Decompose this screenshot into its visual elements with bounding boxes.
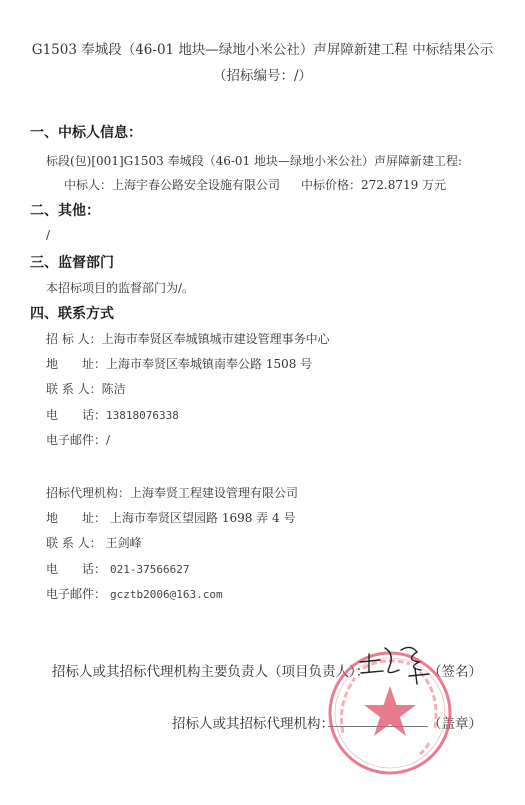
tenderer-email-value: / bbox=[106, 433, 110, 447]
agency-phone-row: 电 话：021-37566627 bbox=[46, 560, 190, 577]
section-heading-supervision: 三、监督部门 bbox=[30, 252, 114, 272]
agency-phone-value: 021-37566627 bbox=[110, 563, 189, 576]
other-content: / bbox=[46, 228, 50, 242]
price-value: 272.8719 万元 bbox=[361, 178, 446, 192]
agency-contact-row: 联 系 人：王剑峰 bbox=[46, 534, 142, 551]
tenderer-email-row: 电子邮件：/ bbox=[46, 431, 110, 448]
agency-name-label: 招标代理机构： bbox=[46, 486, 130, 500]
agency-name-row: 招标代理机构：上海奉贤工程建设管理有限公司 bbox=[46, 484, 298, 501]
document-title: G1503 奉城段（46-01 地块—绿地小米公社）声屏障新建工程 中标结果公示 bbox=[0, 38, 525, 58]
lot-description: 标段(包)[001]G1503 奉城段（46-01 地块—绿地小米公社）声屏障新… bbox=[46, 152, 462, 169]
winner-label: 中标人： bbox=[64, 178, 112, 192]
tenderer-phone-row: 电 话：13818076338 bbox=[46, 406, 179, 423]
tenderer-address-row: 地 址：上海市奉贤区奉城镇南奉公路 1508 号 bbox=[46, 355, 312, 372]
tenderer-contact-row: 联 系 人：陈洁 bbox=[46, 380, 126, 397]
agency-address-label: 地 址： bbox=[46, 511, 106, 525]
agency-address-value: 上海市奉贤区望园路 1698 弄 4 号 bbox=[110, 511, 295, 525]
handwritten-signature-icon bbox=[355, 640, 440, 685]
section-heading-other: 二、其他： bbox=[30, 200, 100, 220]
tenderer-phone-label: 电 话： bbox=[46, 408, 106, 422]
organization-label: 招标人或其招标代理机构： bbox=[172, 712, 334, 732]
tenderer-name-value: 上海市奉贤区奉城镇城市建设管理事务中心 bbox=[102, 332, 330, 346]
section-heading-winner: 一、中标人信息： bbox=[30, 122, 142, 142]
price-label: 中标价格： bbox=[301, 178, 361, 192]
agency-address-row: 地 址：上海市奉贤区望园路 1698 弄 4 号 bbox=[46, 509, 295, 526]
agency-contact-label: 联 系 人： bbox=[46, 536, 102, 550]
tenderer-name-label: 招 标 人： bbox=[46, 332, 102, 346]
supervision-content: 本招标项目的监督部门为/。 bbox=[46, 279, 194, 296]
winner-row: 中标人：上海宇春公路安全设施有限公司 bbox=[64, 176, 280, 193]
tenderer-contact-value: 陈洁 bbox=[102, 382, 126, 396]
agency-email-label: 电子邮件： bbox=[46, 587, 106, 601]
tenderer-phone-value: 13818076338 bbox=[106, 409, 179, 422]
tenderer-address-label: 地 址： bbox=[46, 357, 106, 371]
agency-name-value: 上海奉贤工程建设管理有限公司 bbox=[130, 486, 298, 500]
price-row: 中标价格：272.8719 万元 bbox=[301, 176, 446, 193]
agency-contact-value: 王剑峰 bbox=[106, 536, 142, 550]
section-heading-contact: 四、联系方式 bbox=[30, 303, 114, 323]
agency-email-row: 电子邮件：gcztb2006@163.com bbox=[46, 585, 223, 602]
tenderer-address-value: 上海市奉贤区奉城镇南奉公路 1508 号 bbox=[106, 357, 312, 371]
tenderer-contact-label: 联 系 人： bbox=[46, 382, 102, 396]
tender-number: （招标编号：/） bbox=[0, 64, 525, 84]
responsible-person-label: 招标人或其招标代理机构主要负责人（项目负责人）： bbox=[52, 660, 369, 680]
agency-phone-label: 电 话： bbox=[46, 562, 106, 576]
winner-value: 上海宇春公路安全设施有限公司 bbox=[112, 178, 280, 192]
tenderer-email-label: 电子邮件： bbox=[46, 433, 106, 447]
tenderer-name-row: 招 标 人：上海市奉贤区奉城镇城市建设管理事务中心 bbox=[46, 330, 330, 347]
agency-email-value: gcztb2006@163.com bbox=[110, 588, 223, 601]
